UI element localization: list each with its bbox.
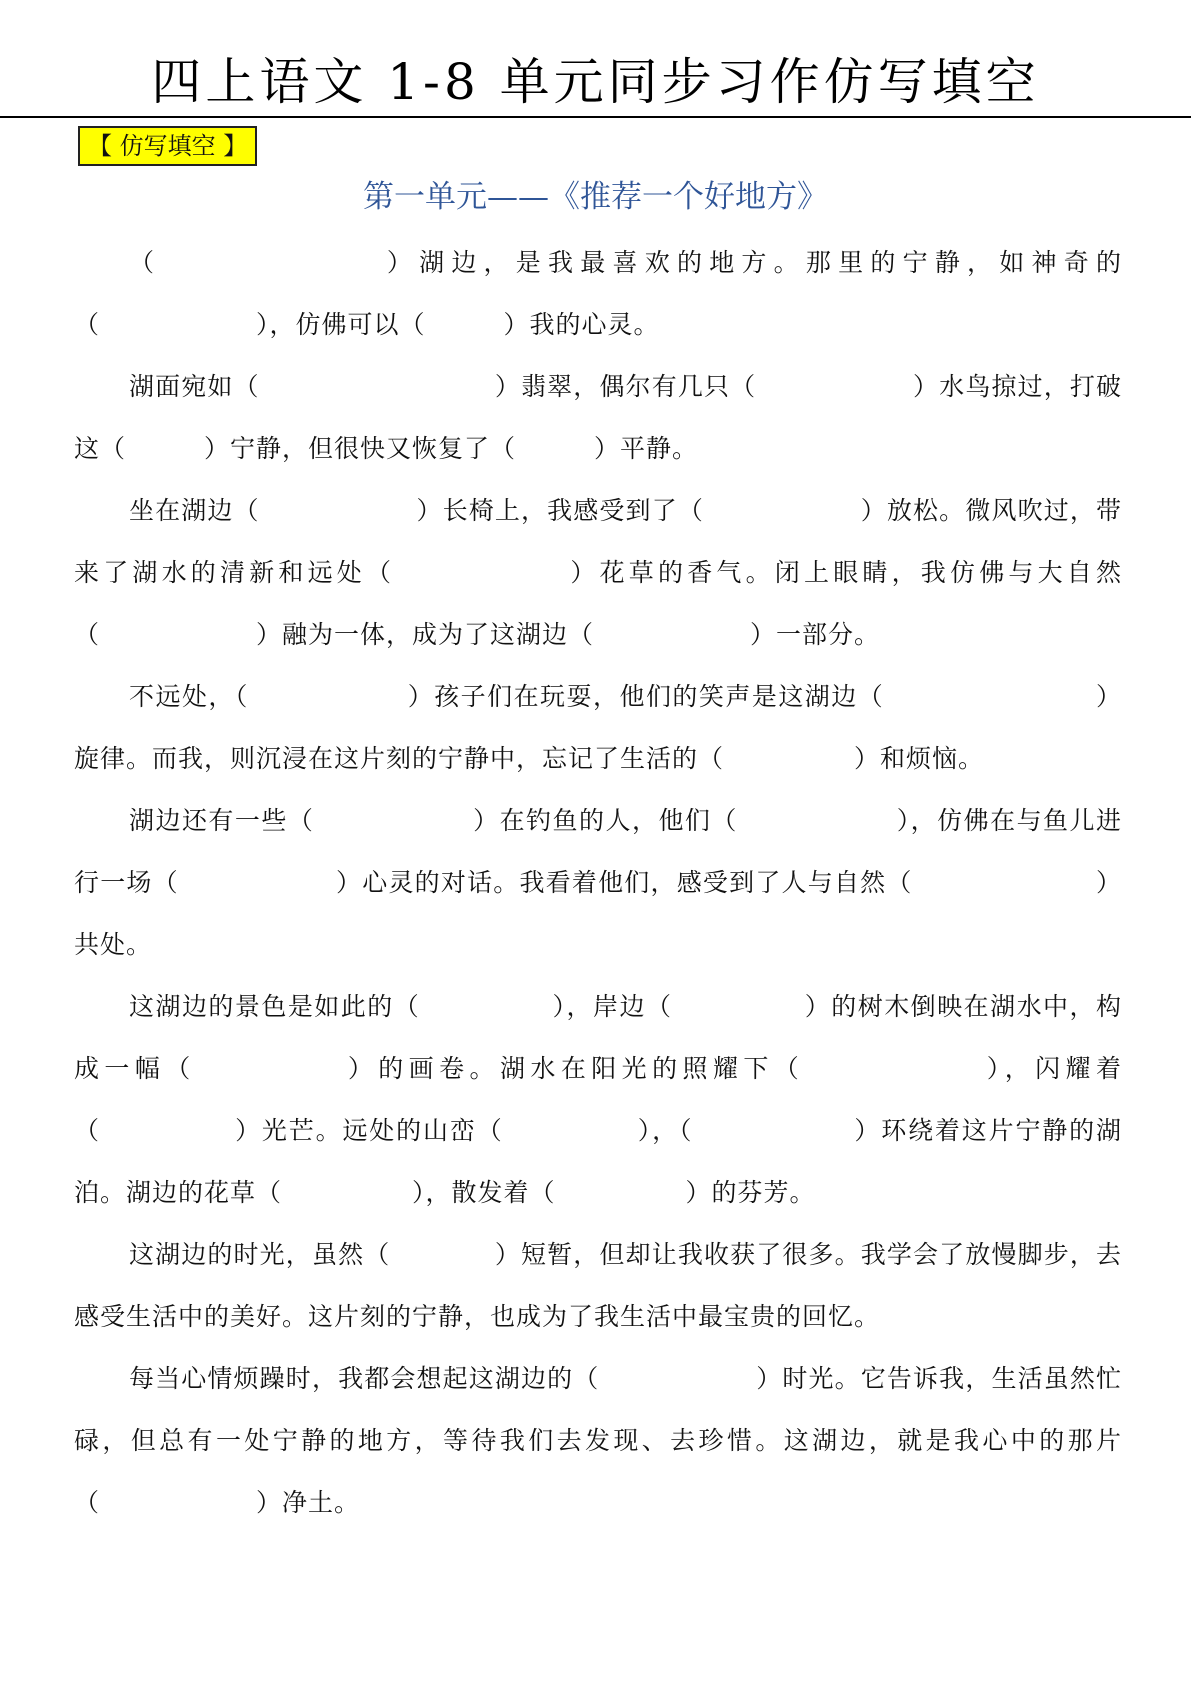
paragraph: 每当心情烦躁时，我都会想起这湖边的（ ）时光。它告诉我，生活虽然忙碌，但总有一处… — [74, 1348, 1122, 1534]
title-divider — [0, 116, 1191, 118]
unit-title: 第一单元——《推荐一个好地方》 — [0, 176, 1191, 218]
paragraph: 不远处，（ ）孩子们在玩耍，他们的笑声是这湖边（ ）旋律。而我，则沉浸在这片刻的… — [74, 666, 1122, 790]
paragraph: （ ）湖边，是我最喜欢的地方。那里的宁静，如神奇的（ ），仿佛可以（ ）我的心灵… — [74, 232, 1122, 356]
section-label: 【 仿写填空 】 — [78, 126, 257, 166]
paragraph: 坐在湖边（ ）长椅上，我感受到了（ ）放松。微风吹过，带来了湖水的清新和远处（ … — [74, 480, 1122, 666]
paragraph: 湖边还有一些（ ）在钓鱼的人，他们（ ），仿佛在与鱼儿进行一场（ ）心灵的对话。… — [74, 790, 1122, 976]
paragraph: 这湖边的时光，虽然（ ）短暂，但却让我收获了很多。我学会了放慢脚步，去感受生活中… — [74, 1224, 1122, 1348]
page-title: 四上语文 1-8 单元同步习作仿写填空 — [0, 52, 1191, 112]
paragraph: 这湖边的景色是如此的（ ），岸边（ ）的树木倒映在湖水中，构成一幅（ ）的画卷。… — [74, 976, 1122, 1224]
exercise-body: （ ）湖边，是我最喜欢的地方。那里的宁静，如神奇的（ ），仿佛可以（ ）我的心灵… — [74, 232, 1122, 1534]
paragraph: 湖面宛如（ ）翡翠，偶尔有几只（ ）水鸟掠过，打破这（ ）宁静，但很快又恢复了（… — [74, 356, 1122, 480]
